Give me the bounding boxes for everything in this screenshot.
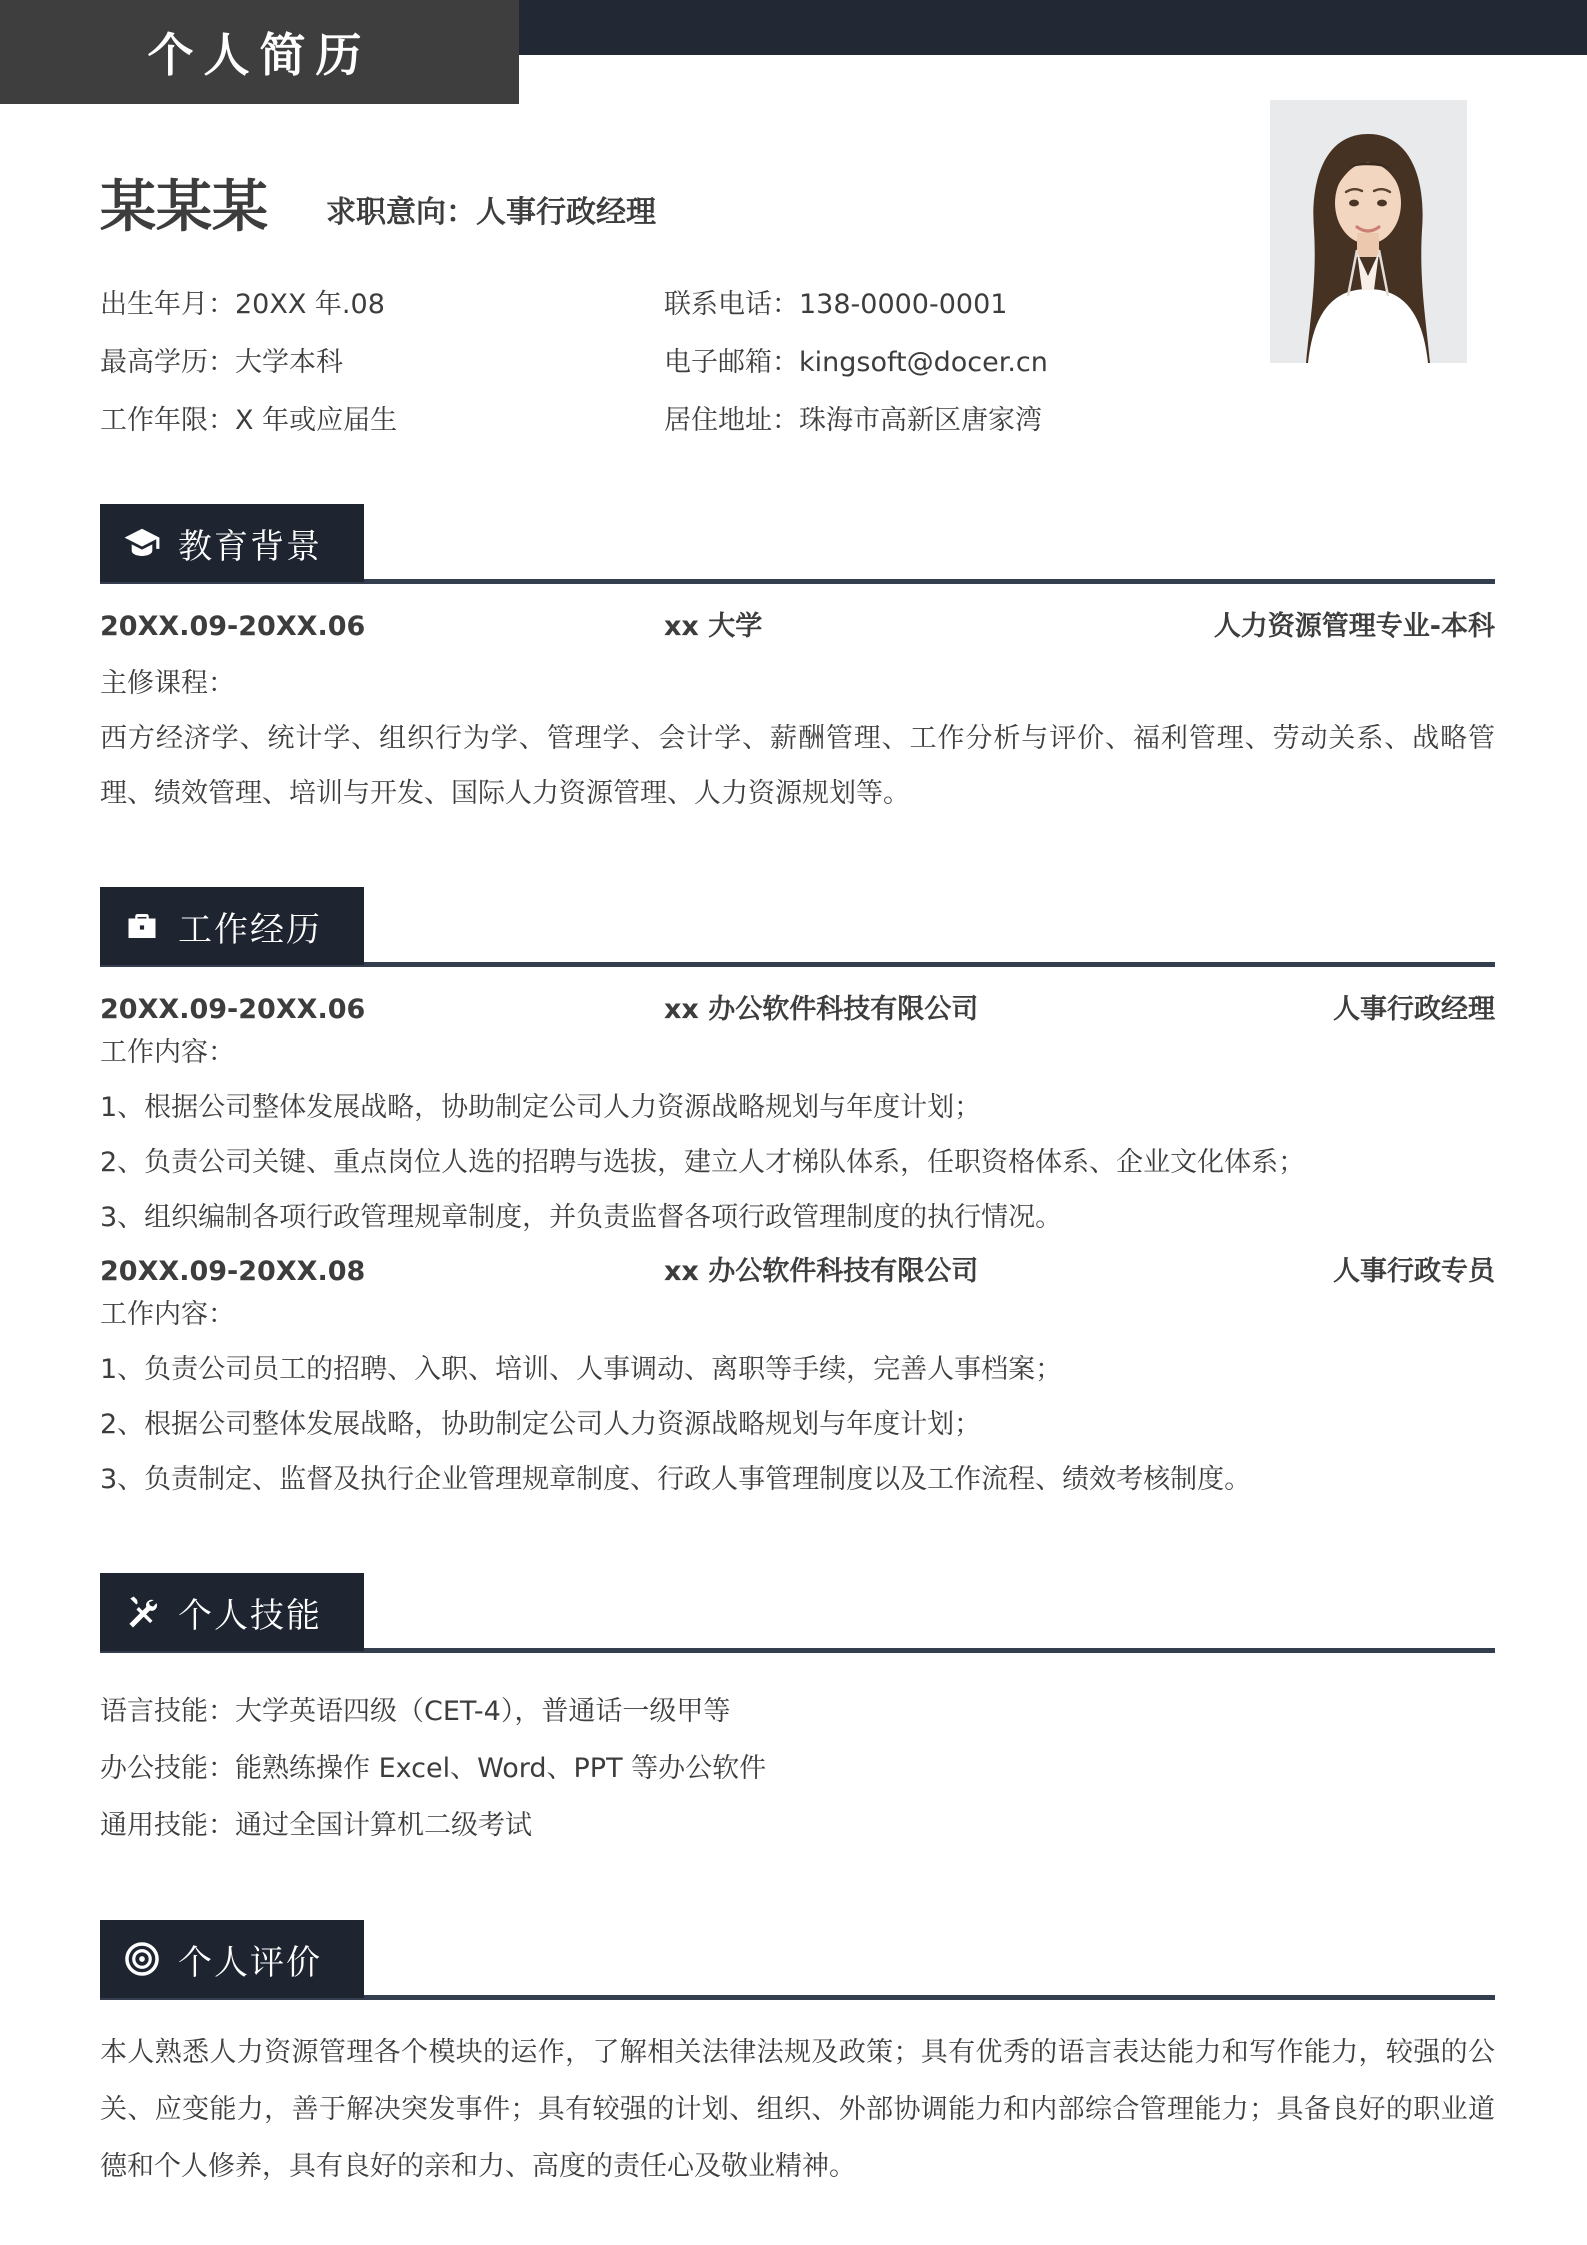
job-duty-item: 2、根据公司整体发展战略，协助制定公司人力资源战略规划与年度计划； [100,1397,1495,1452]
info-value: 大学本科 [235,347,343,378]
header-accent-bar [519,0,1587,55]
info-phone: 联系电话：138-0000-0001 [664,282,1200,321]
job-duty-item: 3、负责制定、监督及执行企业管理规章制度、行政人事管理制度以及工作流程、绩效考核… [100,1452,1495,1507]
skill-item: 语言技能：大学英语四级（CET-4），普通话一级甲等 [100,1683,1495,1740]
info-label: 联系电话： [664,289,799,320]
info-education: 最高学历：大学本科 [100,340,664,379]
job-duty-item: 3、组织编制各项行政管理规章制度，并负责监督各项行政管理制度的执行情况。 [100,1190,1495,1245]
work-section: 工作经历 20XX.09-20XX.06 xx 办公软件科技有限公司 人事行政经… [100,887,1495,1507]
info-address: 居住地址：珠海市高新区唐家湾 [664,398,1200,437]
job-date: 20XX.09-20XX.08 [100,1257,664,1287]
skills-section-title: 个人技能 [178,1588,322,1637]
resume-page: 个人简历 某某某 求职意向：人事行政经理 出生年月：20XX 年.08 联系电话… [0,0,1587,2195]
job-duty-item: 2、负责公司关键、重点岗位人选的招聘与选拔，建立人才梯队体系，任职资格体系、企业… [100,1135,1495,1190]
briefcase-icon [122,906,162,946]
education-header: 教育背景 [100,504,1495,584]
job-objective: 求职意向：人事行政经理 [326,198,656,236]
work-header-box: 工作经历 [100,887,364,965]
info-experience-years: 工作年限：X 年或应届生 [100,398,664,437]
info-birth: 出生年月：20XX 年.08 [100,282,664,321]
target-icon [122,1939,162,1979]
skills-section: 个人技能 语言技能：大学英语四级（CET-4），普通话一级甲等 办公技能：能熟练… [100,1573,1495,1854]
info-label: 居住地址： [664,405,799,436]
education-section: 教育背景 20XX.09-20XX.06 xx 大学 人力资源管理专业-本科 主… [100,504,1495,821]
courses-label: 主修课程： [100,656,1495,711]
education-entry: 20XX.09-20XX.06 xx 大学 人力资源管理专业-本科 [100,612,1495,642]
skill-item: 通用技能：通过全国计算机二级考试 [100,1797,1495,1854]
info-value: 珠海市高新区唐家湾 [799,405,1042,436]
courses-text: 西方经济学、统计学、组织行为学、管理学、会计学、薪酬管理、工作分析与评价、福利管… [100,711,1495,821]
info-label: 电子邮箱： [664,347,799,378]
work-section-title: 工作经历 [178,902,322,951]
info-label: 最高学历： [100,347,235,378]
education-header-box: 教育背景 [100,504,364,582]
job-date: 20XX.09-20XX.06 [100,995,664,1025]
info-label: 出生年月： [100,289,235,320]
job-title: 人事行政经理 [1333,995,1495,1025]
evaluation-header: 个人评价 [100,1920,1495,2000]
info-value: 20XX 年.08 [235,289,385,320]
evaluation-section-title: 个人评价 [178,1935,322,1984]
page-title: 个人简历 [148,19,372,85]
info-email: 电子邮箱：kingsoft@docer.cn [664,340,1200,379]
job-title: 人事行政专员 [1333,1257,1495,1287]
skills-header-box: 个人技能 [100,1573,364,1651]
resume-content: 某某某 求职意向：人事行政经理 出生年月：20XX 年.08 联系电话：138-… [0,180,1587,2195]
wrench-screwdriver-icon [122,1592,162,1632]
evaluation-section: 个人评价 本人熟悉人力资源管理各个模块的运作，了解相关法律法规及政策；具有优秀的… [100,1920,1495,2195]
info-label: 工作年限： [100,405,235,436]
graduation-cap-icon [122,523,162,563]
skill-item: 办公技能：能熟练操作 Excel、Word、PPT 等办公软件 [100,1740,1495,1797]
profile-photo [1270,100,1467,363]
evaluation-header-box: 个人评价 [100,1920,364,1998]
page-header: 个人简历 [0,0,1587,104]
job-duty-item: 1、负责公司员工的招聘、入职、培训、人事调动、离职等手续，完善人事档案； [100,1342,1495,1397]
skills-header: 个人技能 [100,1573,1495,1653]
education-major: 人力资源管理专业-本科 [1214,612,1495,642]
job-content-label: 工作内容： [100,1287,1495,1342]
job-company: xx 办公软件科技有限公司 [664,1257,1333,1287]
page-title-box: 个人简历 [0,0,519,104]
info-value: X 年或应届生 [235,405,397,436]
candidate-name: 某某某 [100,180,268,236]
job-content-label: 工作内容： [100,1025,1495,1080]
work-header: 工作经历 [100,887,1495,967]
evaluation-text: 本人熟悉人力资源管理各个模块的运作，了解相关法律法规及政策；具有优秀的语言表达能… [100,2024,1495,2195]
info-value: kingsoft@docer.cn [799,347,1048,378]
job-duty-item: 1、根据公司整体发展战略，协助制定公司人力资源战略规划与年度计划； [100,1080,1495,1135]
skills-list: 语言技能：大学英语四级（CET-4），普通话一级甲等 办公技能：能熟练操作 Ex… [100,1683,1495,1854]
education-section-title: 教育背景 [178,519,322,568]
job-entry: 20XX.09-20XX.08 xx 办公软件科技有限公司 人事行政专员 [100,1257,1495,1287]
profile-section: 某某某 求职意向：人事行政经理 出生年月：20XX 年.08 联系电话：138-… [100,180,1495,446]
job-company: xx 办公软件科技有限公司 [664,995,1333,1025]
education-date: 20XX.09-20XX.06 [100,612,664,642]
basic-info-grid: 出生年月：20XX 年.08 联系电话：138-0000-0001 最高学历：大… [100,272,1200,446]
info-value: 138-0000-0001 [799,289,1007,320]
job-entry: 20XX.09-20XX.06 xx 办公软件科技有限公司 人事行政经理 [100,995,1495,1025]
education-school: xx 大学 [664,612,1214,642]
